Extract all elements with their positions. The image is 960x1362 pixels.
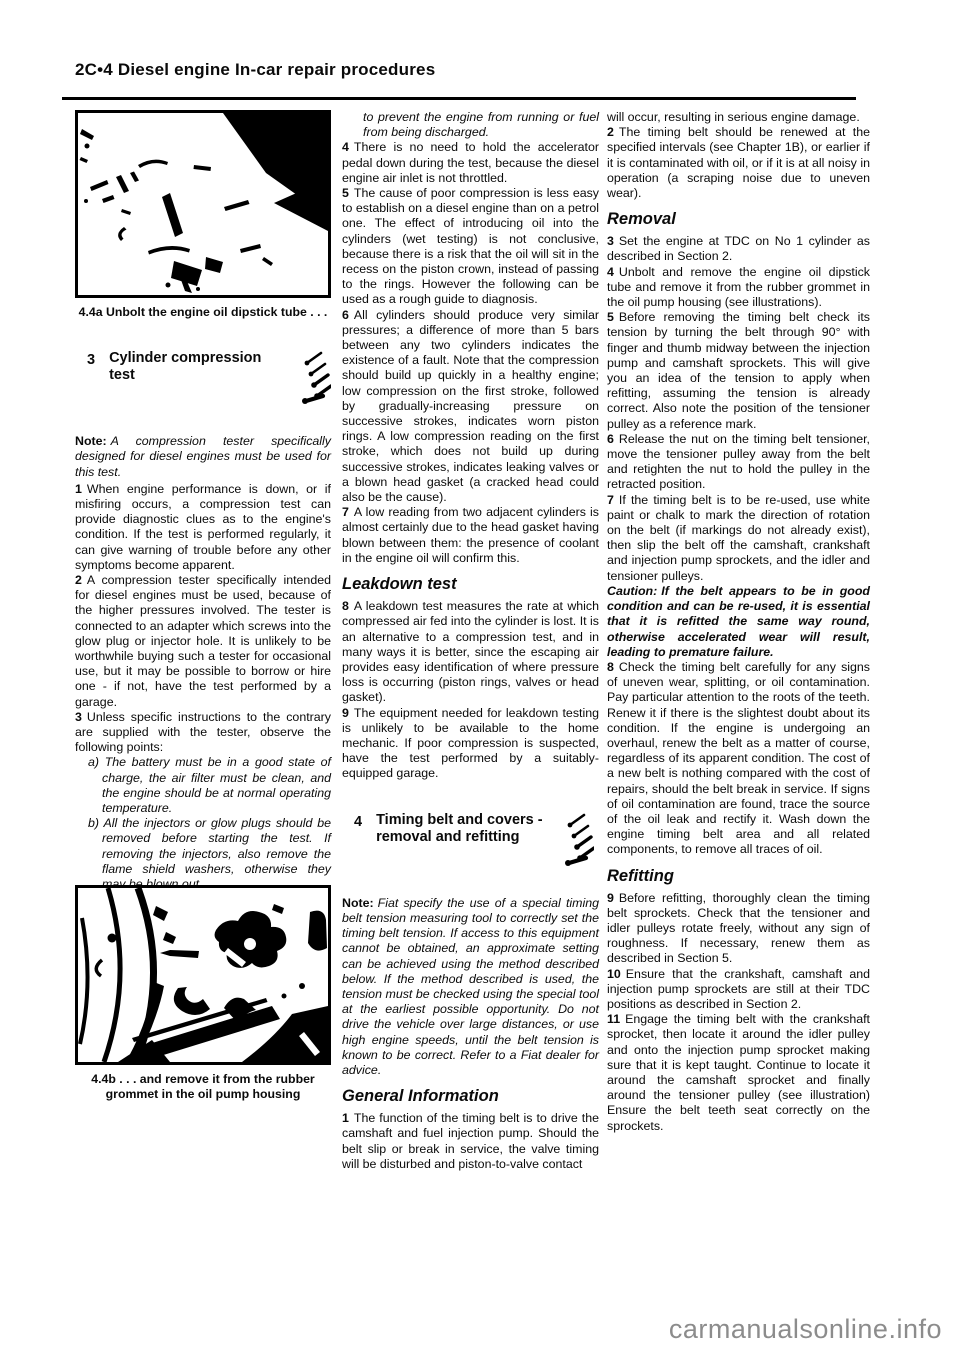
paragraph-text: Set the engine at TDC on No 1 cylinder a… (607, 234, 870, 263)
paragraph-number: 6 (607, 432, 619, 446)
paragraph-number: 9 (342, 706, 354, 720)
paragraph-number: 7 (607, 493, 619, 507)
leakdown-test-heading: Leakdown test (342, 575, 599, 594)
paragraph-number: 9 (607, 891, 619, 905)
paragraph-number: 11 (607, 1012, 625, 1026)
paragraph-text: Unless specific instructions to the cont… (75, 710, 331, 754)
paragraph: 6All cylinders should produce very simil… (342, 308, 599, 506)
list-item-label: b) (88, 816, 99, 830)
caution-paragraph: Caution:If the belt appears to be in goo… (607, 584, 870, 660)
paragraph-number: 1 (342, 1111, 354, 1125)
note-text: A compression tester specifically design… (75, 434, 331, 478)
difficulty-spanner-icon (299, 350, 331, 408)
list-item-label: a) (88, 755, 99, 769)
section-number: 4 (354, 814, 362, 831)
manual-page: 2C•4 Diesel engine In-car repair procedu… (0, 0, 960, 1362)
paragraph: 9The equipment needed for leakdown testi… (342, 706, 599, 782)
paragraph-text: A compression tester specifically intend… (75, 573, 331, 709)
section-title: Cylinder compression test (109, 350, 299, 384)
paragraph-text: Ensure that the crankshaft, camshaft and… (607, 967, 870, 1011)
paragraph-text: The cause of poor compression is less ea… (342, 186, 599, 306)
paragraph-text: Unbolt and remove the engine oil dipstic… (607, 265, 870, 309)
paragraph-number: 1 (75, 482, 87, 496)
paragraph-number: 10 (607, 967, 626, 981)
list-item-text: The battery must be in a good state of c… (102, 755, 331, 815)
middle-column: to prevent the engine from running or fu… (342, 110, 599, 1172)
caution-label: Caution: (607, 584, 661, 598)
paragraph-number: 7 (342, 505, 354, 519)
paragraph-number: 5 (607, 310, 619, 324)
section-number: 3 (87, 352, 95, 369)
photo-4-4b (75, 885, 331, 1065)
paragraph-text: Before refitting, thoroughly clean the t… (607, 891, 870, 966)
refitting-heading: Refitting (607, 867, 870, 886)
left-column: 4.4a Unbolt the engine oil dipstick tube… (75, 110, 331, 908)
paragraph-text: Engage the timing belt with the cranksha… (607, 1012, 870, 1132)
paragraph: 5The cause of poor compression is less e… (342, 186, 599, 308)
note-paragraph: Note:A compression tester specifically d… (75, 434, 331, 480)
paragraph-number: 2 (75, 573, 87, 587)
section-title: Timing belt and covers - removal and ref… (376, 812, 562, 846)
paragraph: 7If the timing belt is to be re-used, us… (607, 493, 870, 584)
page-header: 2C•4 Diesel engine In-car repair procedu… (75, 60, 435, 80)
general-information-heading: General Information (342, 1087, 599, 1106)
paragraph: 9Before refitting, thoroughly clean the … (607, 891, 870, 967)
section-4-heading: 4 Timing belt and covers - removal and r… (342, 812, 599, 870)
paragraph-number: 3 (607, 234, 619, 248)
paragraph: 3Unless specific instructions to the con… (75, 710, 331, 756)
paragraph: 7A low reading from two adjacent cylinde… (342, 505, 599, 566)
photo-4-4b-caption: 4.4b . . . and remove it from the rubber… (75, 1072, 331, 1102)
paragraph-text: The function of the timing belt is to dr… (342, 1111, 599, 1171)
paragraph-number: 5 (342, 186, 354, 200)
paragraph: 2The timing belt should be renewed at th… (607, 125, 870, 201)
paragraph: 10Ensure that the crankshaft, camshaft a… (607, 967, 870, 1013)
paragraph-text: When engine performance is down, or if m… (75, 482, 331, 572)
paragraph-number: 4 (342, 140, 354, 154)
paragraph: 3Set the engine at TDC on No 1 cylinder … (607, 234, 870, 264)
paragraph-number: 8 (342, 599, 354, 613)
paragraph-number: 4 (607, 265, 619, 279)
paragraph-text: The equipment needed for leakdown testin… (342, 706, 599, 781)
photo-4-4a-image (78, 113, 328, 295)
removal-heading: Removal (607, 210, 870, 229)
paragraph: 5Before removing the timing belt check i… (607, 310, 870, 432)
photo-4-4a (75, 110, 331, 298)
list-item: b) All the injectors or glow plugs shoul… (75, 816, 331, 892)
photo-4-4b-block: 4.4b . . . and remove it from the rubber… (75, 885, 331, 1102)
list-item: a) The battery must be in a good state o… (75, 755, 331, 816)
note-text: Fiat specify the use of a special timing… (342, 896, 599, 1077)
note-label: Note: (342, 896, 378, 910)
paragraph: 4Unbolt and remove the engine oil dipsti… (607, 265, 870, 311)
paragraph-text: If the timing belt is to be re-used, use… (607, 493, 870, 583)
paragraph-number: 2 (607, 125, 619, 139)
paragraph: 1The function of the timing belt is to d… (342, 1111, 599, 1172)
photo-4-4b-image (78, 888, 328, 1062)
paragraph-text: Before removing the timing belt check it… (607, 310, 870, 430)
paragraph-text: The timing belt should be renewed at the… (607, 125, 870, 200)
paragraph: 8Check the timing belt carefully for any… (607, 660, 870, 858)
paragraph-number: 8 (607, 660, 619, 674)
paragraph-text: Check the timing belt carefully for any … (607, 660, 870, 856)
header-rule (62, 97, 856, 100)
paragraph-text: There is no need to hold the accelerator… (342, 140, 599, 184)
paragraph-text: A low reading from two adjacent cylinder… (342, 505, 599, 565)
paragraph-text: All cylinders should produce very simila… (342, 308, 599, 504)
paragraph: 11Engage the timing belt with the cranks… (607, 1012, 870, 1134)
photo-4-4a-caption: 4.4a Unbolt the engine oil dipstick tube… (75, 305, 331, 320)
note-label: Note: (75, 434, 111, 448)
right-column: will occur, resulting in serious engine … (607, 110, 870, 1134)
note-paragraph: Note:Fiat specify the use of a special t… (342, 896, 599, 1078)
paragraph: 4There is no need to hold the accelerato… (342, 140, 599, 186)
paragraph: 2A compression tester specifically inten… (75, 573, 331, 710)
continuation-text: will occur, resulting in serious engine … (607, 110, 870, 125)
paragraph-text: A leakdown test measures the rate at whi… (342, 599, 599, 704)
difficulty-spanner-icon (562, 812, 594, 870)
paragraph-number: 3 (75, 710, 87, 724)
continuation-text: to prevent the engine from running or fu… (342, 110, 599, 140)
paragraph: 8A leakdown test measures the rate at wh… (342, 599, 599, 705)
section-3-heading: 3 Cylinder compression test (75, 350, 331, 408)
list-item-text: All the injectors or glow plugs should b… (102, 816, 331, 891)
paragraph: 1When engine performance is down, or if … (75, 482, 331, 573)
paragraph-number: 6 (342, 308, 354, 322)
paragraph-text: Release the nut on the timing belt tensi… (607, 432, 870, 492)
watermark: carmanualsonline.info (669, 1314, 942, 1345)
paragraph: 6Release the nut on the timing belt tens… (607, 432, 870, 493)
